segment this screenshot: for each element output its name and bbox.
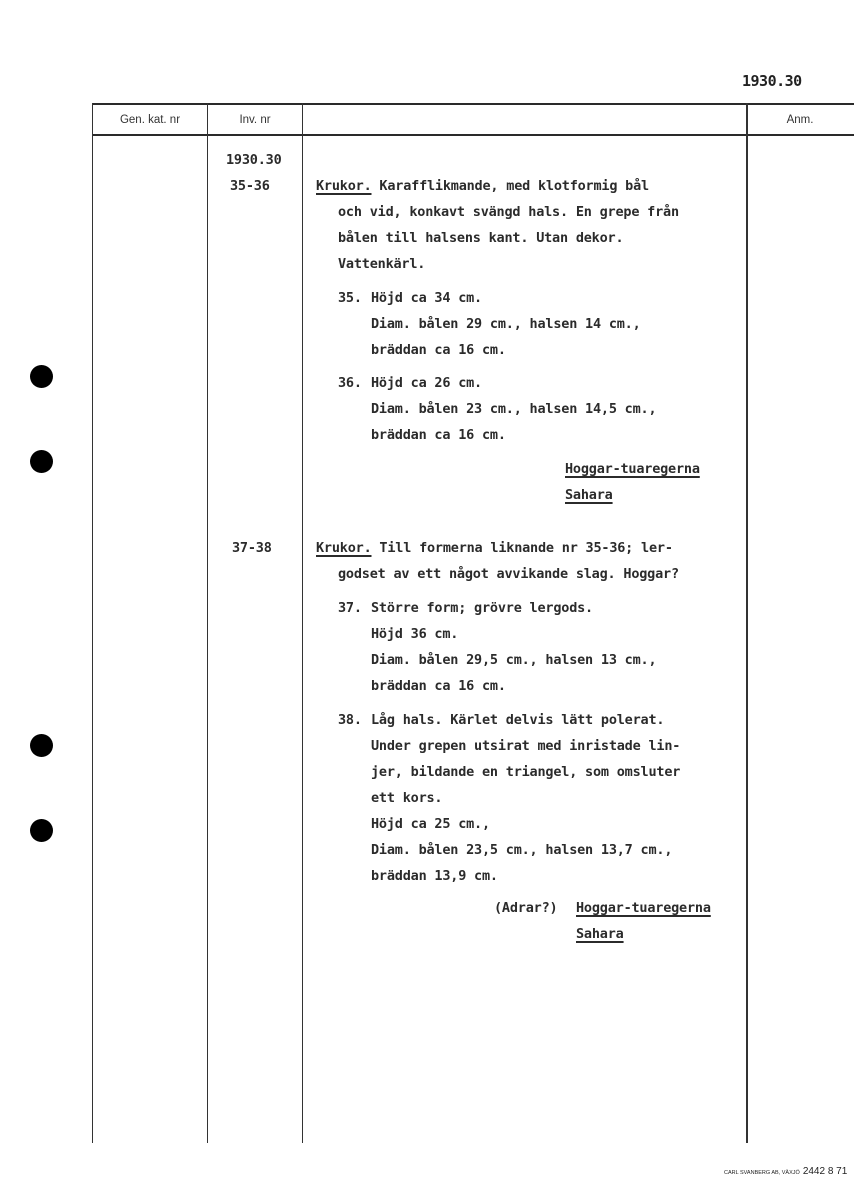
printer-name: CARL SVANBERG AB, VÄXJÖ (724, 1170, 800, 1176)
provenance-region: Sahara (576, 926, 624, 942)
column-divider (302, 103, 303, 1143)
printer-imprint: CARL SVANBERG AB, VÄXJÖ2442 8 71 (724, 1161, 847, 1179)
inv-number: 37-38 (232, 540, 272, 556)
provenance-group: Hoggar-tuaregerna (576, 900, 711, 916)
header-anm: Anm. (748, 108, 852, 132)
item-line: Diam. bålen 29 cm., halsen 14 cm., (371, 316, 641, 332)
item-line: Höjd 36 cm. (371, 626, 458, 642)
entry-description-line: Krukor. Karafflikmande, med klotformig b… (316, 178, 649, 194)
provenance-note: (Adrar?) (494, 900, 557, 916)
inv-prefix: 1930.30 (226, 152, 282, 168)
header-inv-nr: Inv. nr (208, 108, 302, 132)
item-line: Höjd ca 26 cm. (371, 375, 482, 391)
column-divider (92, 103, 93, 1143)
entry-title: Krukor. (316, 540, 372, 556)
punch-hole (30, 450, 53, 473)
item-line: Större form; grövre lergods. (371, 600, 593, 616)
entry-description-line: godset av ett något avvikande slag. Hogg… (338, 566, 679, 582)
column-divider (207, 103, 208, 1143)
entry-description-line: bålen till halsens kant. Utan dekor. (338, 230, 623, 246)
item-number: 36. (338, 375, 362, 391)
item-line: Diam. bålen 23 cm., halsen 14,5 cm., (371, 401, 656, 417)
punch-hole (30, 734, 53, 757)
item-line: Höjd ca 25 cm., (371, 816, 490, 832)
form-code: 2442 8 71 (803, 1166, 848, 1177)
item-line: Höjd ca 34 cm. (371, 290, 482, 306)
punch-hole (30, 819, 53, 842)
item-line: Diam. bålen 23,5 cm., halsen 13,7 cm., (371, 842, 672, 858)
item-line: Låg hals. Kärlet delvis lätt polerat. (371, 712, 664, 728)
provenance-region: Sahara (565, 487, 613, 503)
item-line: ett kors. (371, 790, 442, 806)
item-line: bräddan 13,9 cm. (371, 868, 498, 884)
item-line: bräddan ca 16 cm. (371, 427, 506, 443)
item-number: 37. (338, 600, 362, 616)
entry-description-line: Vattenkärl. (338, 256, 425, 272)
page-number: 1930.30 (742, 72, 802, 90)
item-line: Under grepen utsirat med inristade lin- (371, 738, 680, 754)
header-gen-kat-nr: Gen. kat. nr (93, 108, 207, 132)
punch-hole (30, 365, 53, 388)
inv-number: 35-36 (230, 178, 270, 194)
column-divider (746, 103, 748, 1143)
item-number: 35. (338, 290, 362, 306)
entry-description-line: Krukor. Till formerna liknande nr 35-36;… (316, 540, 673, 556)
item-line: jer, bildande en triangel, som omsluter (371, 764, 680, 780)
item-number: 38. (338, 712, 362, 728)
entry-description-line: och vid, konkavt svängd hals. En grepe f… (338, 204, 679, 220)
item-line: bräddan ca 16 cm. (371, 678, 506, 694)
item-line: Diam. bålen 29,5 cm., halsen 13 cm., (371, 652, 656, 668)
item-line: bräddan ca 16 cm. (371, 342, 506, 358)
provenance-group: Hoggar-tuaregerna (565, 461, 700, 477)
entry-title: Krukor. (316, 178, 372, 194)
